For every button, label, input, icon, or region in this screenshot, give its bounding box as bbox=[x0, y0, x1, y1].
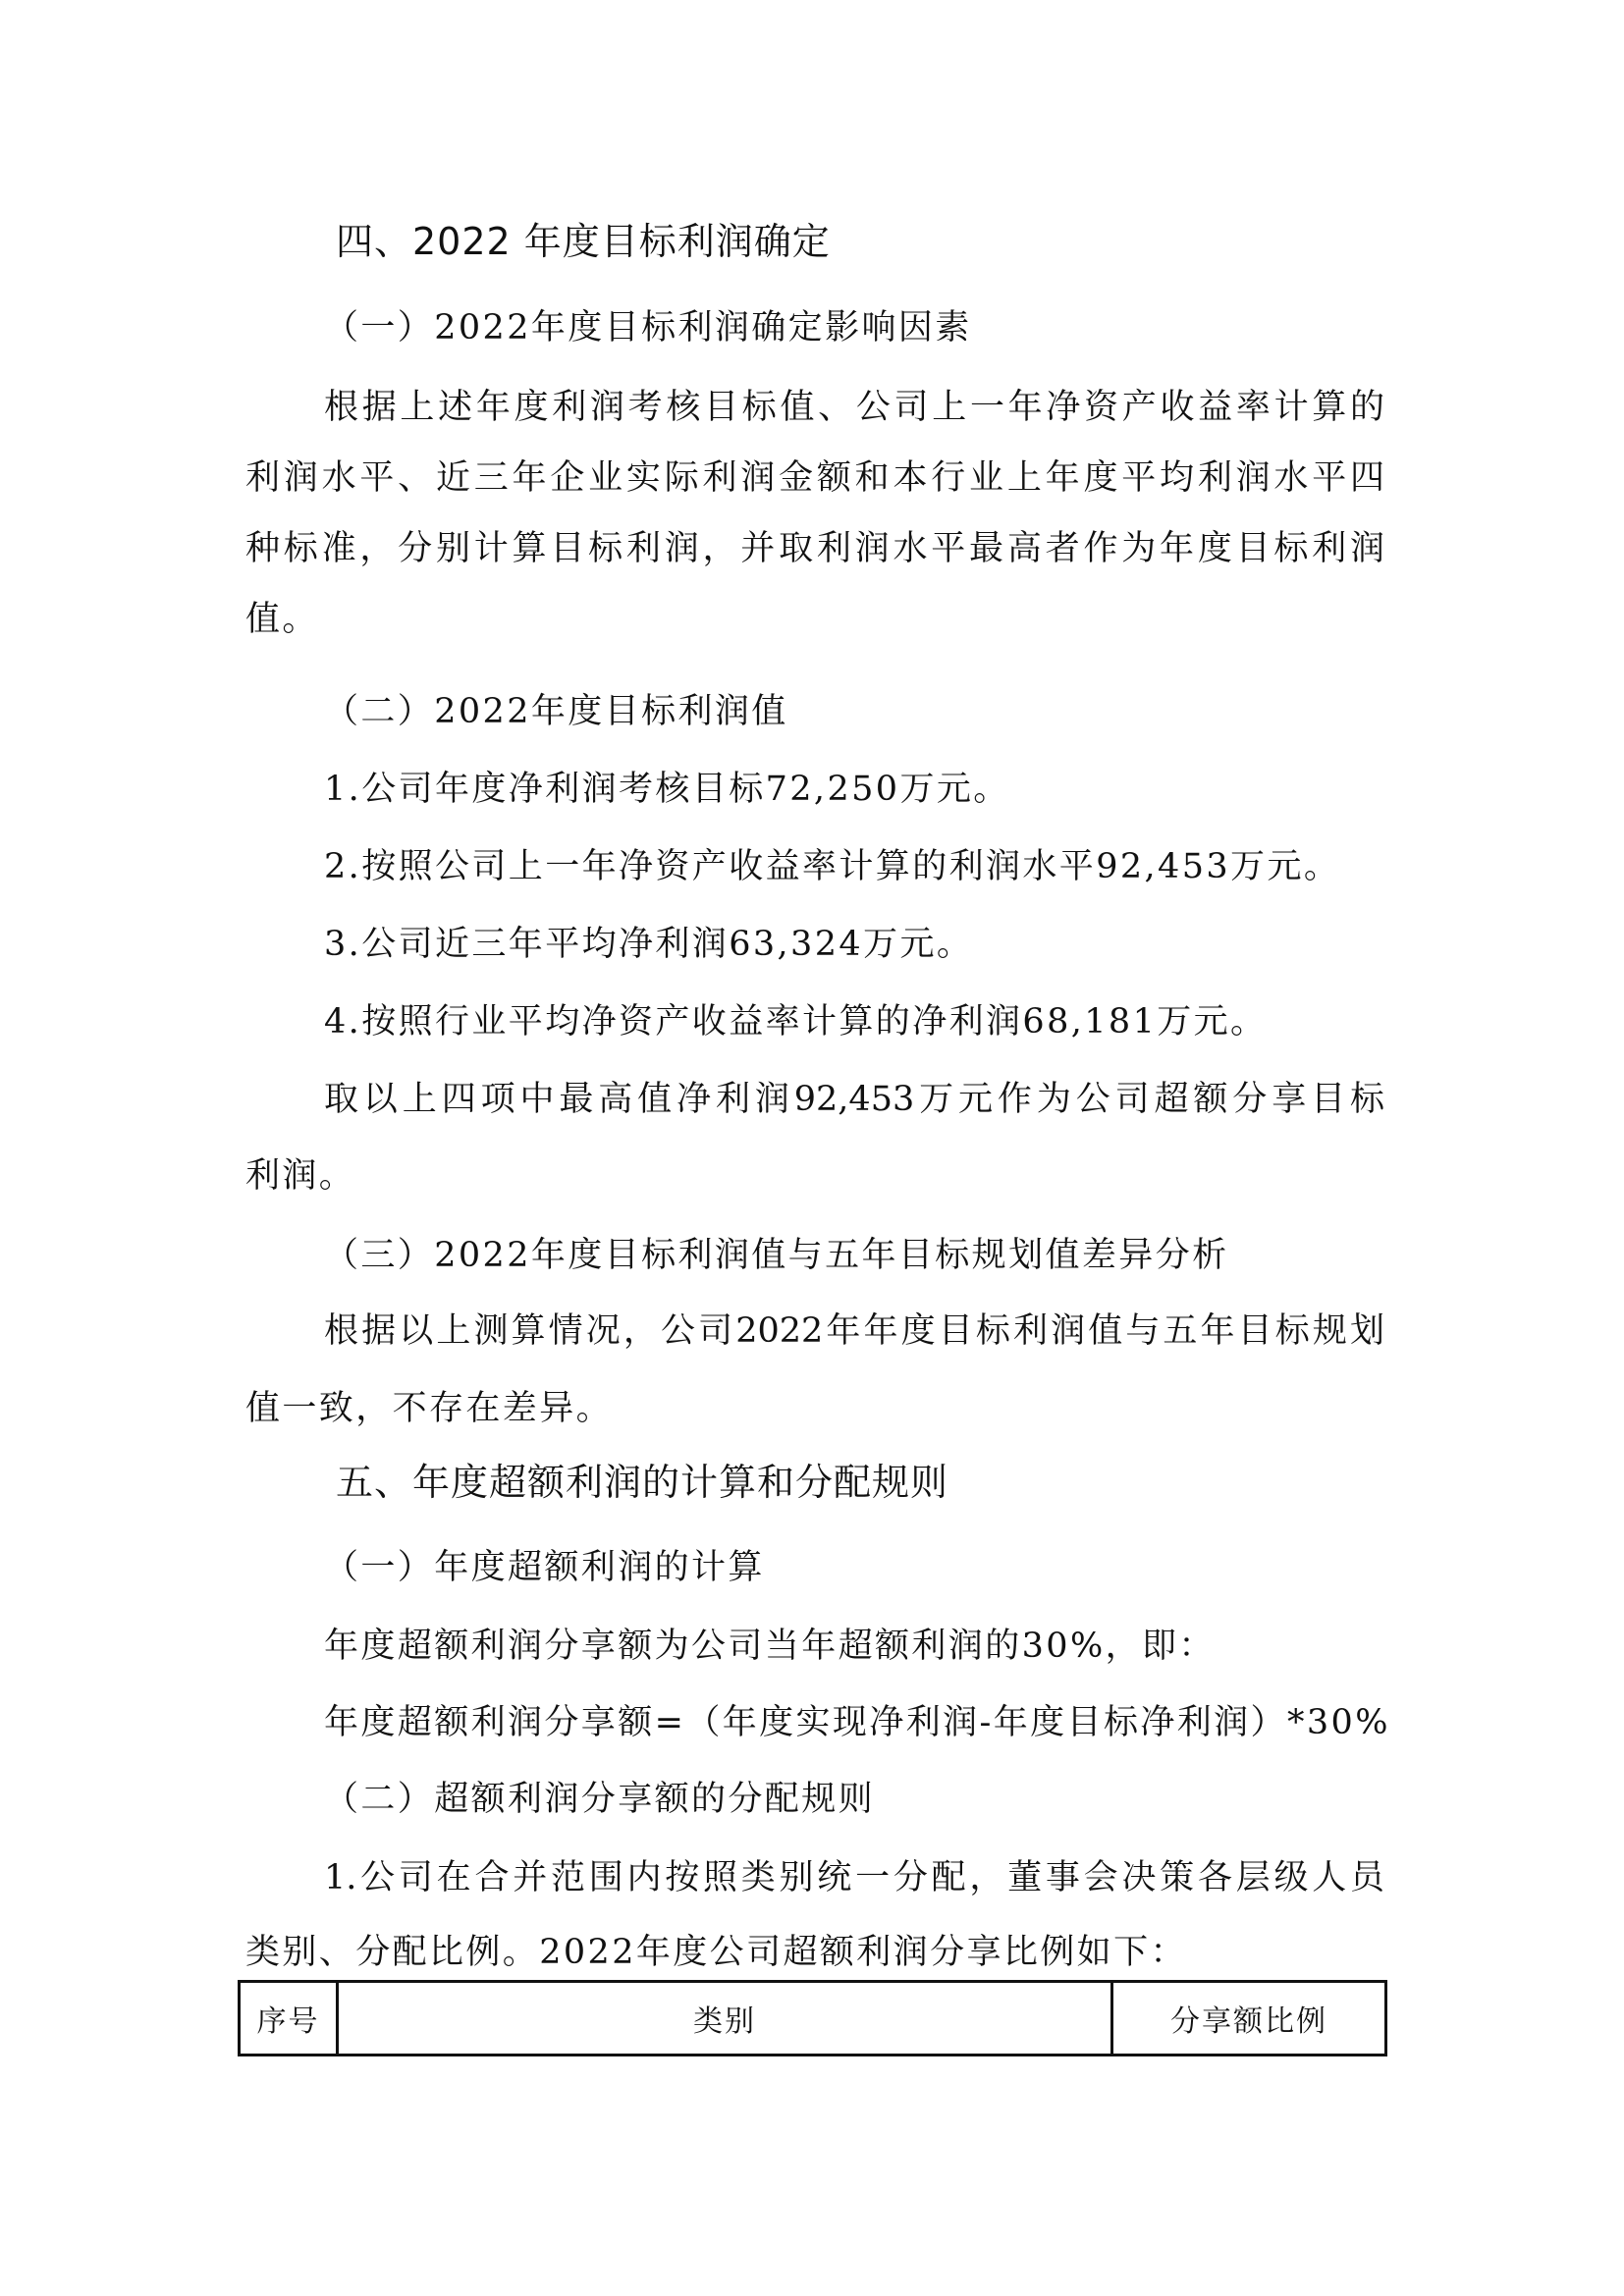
paragraph-line: 根据上述年度利润考核目标值、公司上一年净资产收益率计算的 bbox=[324, 386, 1384, 429]
conclusion-line: 利润。 bbox=[245, 1154, 355, 1198]
section-4-sub2-heading: （二）2022年度目标利润值 bbox=[324, 690, 788, 733]
header-category: 类别 bbox=[338, 1982, 1112, 2056]
formula-line: 年度超额利润分享额=（年度实现净利润-年度目标净利润）*30% bbox=[324, 1701, 1390, 1744]
paragraph-line: 值一致，不存在差异。 bbox=[245, 1387, 613, 1430]
calc-line: 年度超额利润分享额为公司当年超额利润的30%，即： bbox=[324, 1625, 1216, 1668]
paragraph-line: 1.公司在合并范围内按照类别统一分配，董事会决策各层级人员 bbox=[324, 1856, 1384, 1899]
paragraph-line: 根据以上测算情况，公司2022年年度目标利润值与五年目标规划 bbox=[324, 1309, 1384, 1353]
paragraph-line: 种标准，分别计算目标利润，并取利润水平最高者作为年度目标利润 bbox=[245, 527, 1384, 570]
target-item-1: 1.公司年度净利润考核目标72,250万元。 bbox=[324, 768, 1010, 811]
target-item-4: 4.按照行业平均净资产收益率计算的净利润68,181万元。 bbox=[324, 1000, 1267, 1043]
target-item-3: 3.公司近三年平均净利润63,324万元。 bbox=[324, 923, 973, 966]
target-item-2: 2.按照公司上一年净资产收益率计算的利润水平92,453万元。 bbox=[324, 845, 1340, 888]
paragraph-line: 类别、分配比例。2022年度公司超额利润分享比例如下： bbox=[245, 1931, 1187, 1974]
paragraph-line: 值。 bbox=[245, 598, 319, 641]
section-5-sub1-heading: （一）年度超额利润的计算 bbox=[324, 1546, 765, 1589]
section-4-heading: 四、2022 年度目标利润确定 bbox=[336, 218, 831, 265]
document-page: 四、2022 年度目标利润确定 （一）2022年度目标利润确定影响因素 根据上述… bbox=[0, 0, 1624, 2296]
section-5-heading: 五、年度超额利润的计算和分配规则 bbox=[336, 1459, 948, 1506]
table-header-row: 序号 类别 分享额比例 bbox=[240, 1982, 1386, 2056]
section-4-sub3-heading: （三）2022年度目标利润值与五年目标规划值差异分析 bbox=[324, 1234, 1228, 1277]
header-share-ratio: 分享额比例 bbox=[1112, 1982, 1386, 2056]
paragraph-line: 利润水平、近三年企业实际利润金额和本行业上年度平均利润水平四 bbox=[245, 456, 1384, 500]
section-5-sub2-heading: （二）超额利润分享额的分配规则 bbox=[324, 1778, 875, 1821]
header-index: 序号 bbox=[240, 1982, 338, 2056]
section-4-sub1-heading: （一）2022年度目标利润确定影响因素 bbox=[324, 306, 972, 349]
profit-share-table: 序号 类别 分享额比例 bbox=[238, 1980, 1387, 2056]
conclusion-line: 取以上四项中最高值净利润92,453万元作为公司超额分享目标 bbox=[324, 1078, 1384, 1121]
